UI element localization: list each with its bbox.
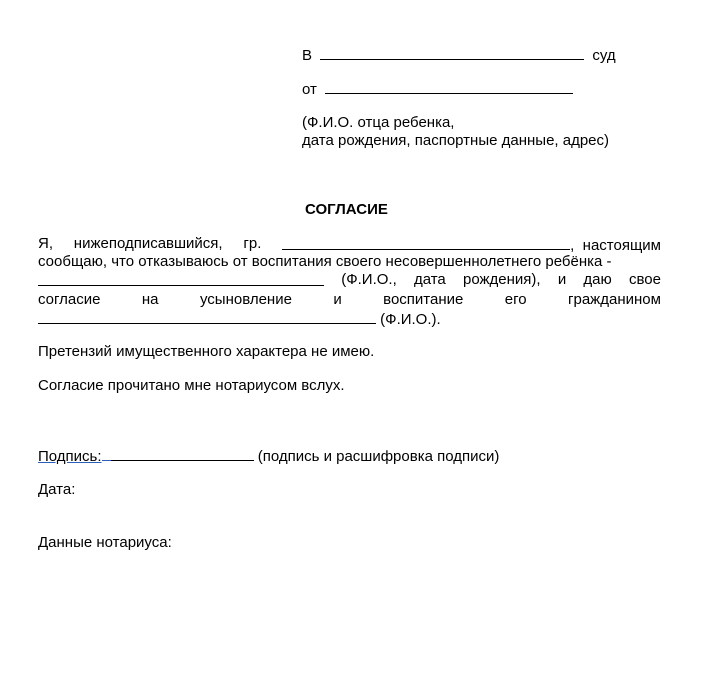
body-word: и	[333, 291, 341, 309]
from-line: от	[302, 79, 573, 99]
body-line-3: (Ф.И.О., дата рождения), и даю свое	[38, 271, 661, 289]
body-line2-text: сообщаю, что отказываюсь от воспитания с…	[38, 253, 612, 271]
body-word: гражданином	[568, 291, 661, 309]
from-name-blank[interactable]	[325, 79, 573, 94]
body-line1-tail: , настоящим	[570, 237, 661, 254]
body-word: и	[558, 271, 566, 289]
body-word: даю	[583, 271, 611, 289]
court-suffix: суд	[592, 47, 615, 64]
adopter-name-blank[interactable]	[38, 309, 376, 324]
read-aloud-text: Согласие прочитано мне нотариусом вслух.	[38, 377, 345, 395]
from-prefix: от	[302, 81, 317, 98]
body-line-4: согласие на усыновление и воспитание его…	[38, 291, 661, 309]
body-word: свое	[629, 271, 661, 289]
body-word: согласие	[38, 291, 100, 309]
signature-hint: (подпись и расшифровка подписи)	[258, 448, 500, 465]
court-line: В суд	[302, 45, 616, 65]
date-label: Дата:	[38, 481, 75, 499]
body-line5-tail: (Ф.И.О.).	[380, 311, 441, 328]
notary-label: Данные нотариуса:	[38, 534, 172, 552]
body-word: воспитание	[383, 291, 463, 309]
court-name-blank[interactable]	[320, 45, 584, 60]
body-word: нижеподписавшийся,	[74, 235, 223, 253]
signature-link-underline	[102, 446, 111, 461]
body-word: дата	[414, 271, 446, 289]
header-note-1: (Ф.И.О. отца ребенка,	[302, 114, 454, 132]
body-line-2: сообщаю, что отказываюсь от воспитания с…	[38, 253, 661, 271]
document-title: СОГЛАСИЕ	[305, 201, 388, 219]
body-word: усыновление	[200, 291, 292, 309]
citizen-name-blank[interactable]	[282, 235, 570, 250]
signature-line: Подпись: (подпись и расшифровка подписи)	[38, 446, 499, 466]
signature-link[interactable]: Подпись:	[38, 448, 102, 465]
body-word: гр.	[243, 235, 261, 253]
signature-blank[interactable]	[111, 446, 254, 461]
court-prefix: В	[302, 47, 312, 64]
body-word: на	[142, 291, 159, 309]
body-word: (Ф.И.О.,	[341, 271, 397, 289]
body-word: рождения),	[463, 271, 541, 289]
body-word: Я,	[38, 235, 53, 253]
body-word: его	[505, 291, 527, 309]
no-claims-text: Претензий имущественного характера не им…	[38, 343, 374, 361]
body-line-1: Я, нижеподписавшийся, гр. , настоящим	[38, 235, 661, 253]
header-note-2: дата рождения, паспортные данные, адрес)	[302, 132, 609, 150]
child-name-blank[interactable]	[38, 271, 324, 286]
body-line-5: (Ф.И.О.).	[38, 309, 441, 329]
